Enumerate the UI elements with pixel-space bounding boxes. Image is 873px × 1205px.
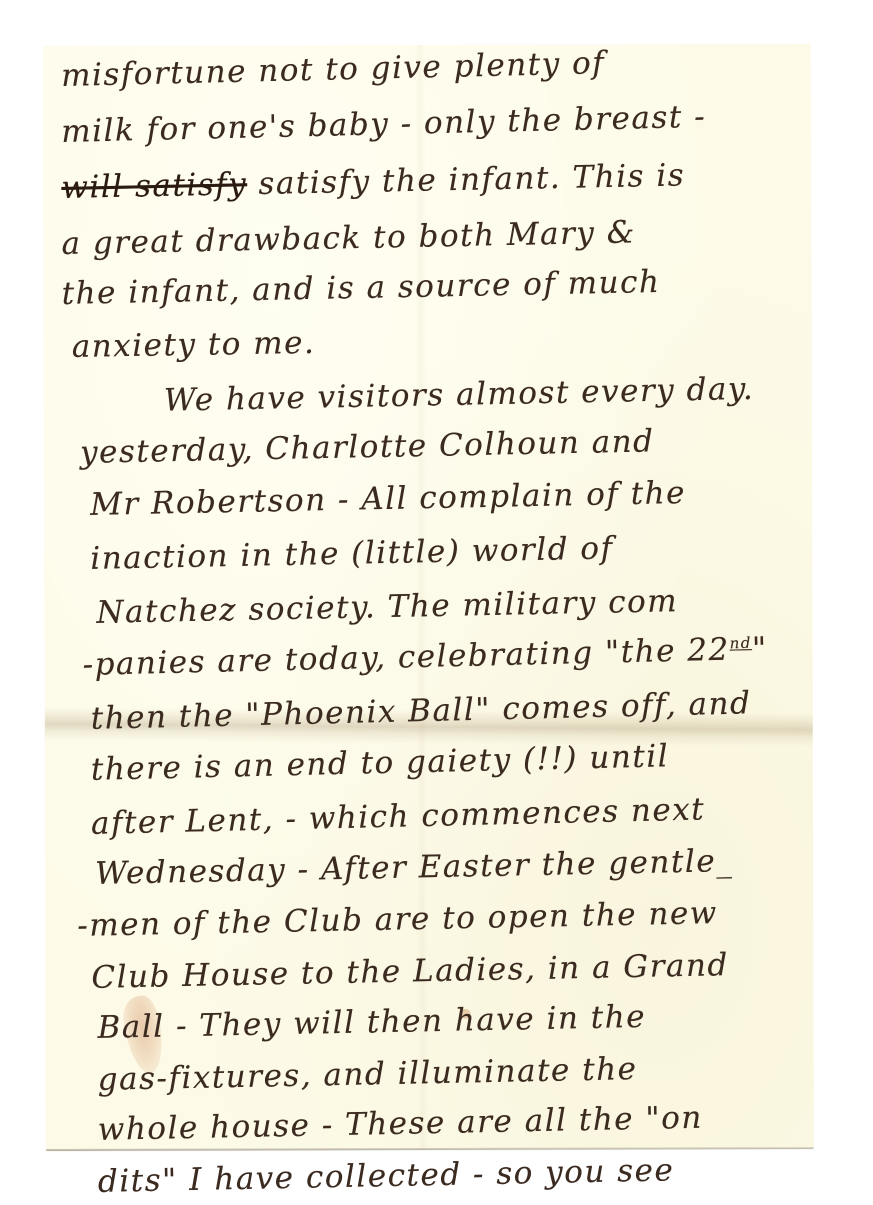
handwritten-line: Ball - They will then have in the — [97, 999, 646, 1046]
handwritten-line: -men of the Club are to open the new — [77, 895, 718, 944]
handwritten-line: Natchez society. The military com — [96, 583, 678, 631]
scanned-page: misfortune not to give plenty of milk fo… — [0, 0, 873, 1205]
handwritten-line: Club House to the Ladies, in a Grand — [91, 947, 729, 996]
handwritten-line: dits" I have collected - so you see — [98, 1152, 675, 1200]
handwritten-line: Mr Robertson - All complain of the — [90, 475, 686, 523]
line-text-tail: " — [752, 631, 769, 667]
handwritten-line: whole house - These are all the "on — [97, 1100, 703, 1148]
handwritten-line: the infant, and is a source of much — [61, 264, 660, 312]
handwritten-line: Wednesday - After Easter the gentle_ — [95, 843, 734, 892]
struck-out-text: will satisfy — [61, 166, 247, 206]
handwritten-line: We have visitors almost every day. — [164, 371, 755, 419]
handwritten-line: milk for one's baby - only the breast - — [61, 99, 707, 150]
letter-paper: misfortune not to give plenty of milk fo… — [43, 44, 814, 1150]
handwritten-line: inaction in the (little) world of — [90, 530, 614, 576]
handwritten-line: will satisfy satisfy the infant. This is — [61, 157, 686, 206]
handwritten-line: there is an end to gaiety (!!) until — [90, 738, 669, 788]
handwritten-line: after Lent, - which commences next — [91, 791, 706, 841]
handwritten-line: gas-fixtures, and illuminate the — [97, 1051, 637, 1098]
handwritten-line: misfortune not to give plenty of — [61, 45, 606, 94]
line-text: -panies are today, celebrating "the 22 — [82, 632, 730, 683]
line-text: satisfy the infant. This is — [247, 157, 686, 202]
handwritten-line: anxiety to me. — [71, 325, 315, 365]
handwritten-line: yesterday, Charlotte Colhoun and — [80, 423, 655, 471]
ordinal-superscript: nd — [729, 634, 752, 653]
handwritten-line: a great drawback to both Mary & — [61, 214, 636, 262]
